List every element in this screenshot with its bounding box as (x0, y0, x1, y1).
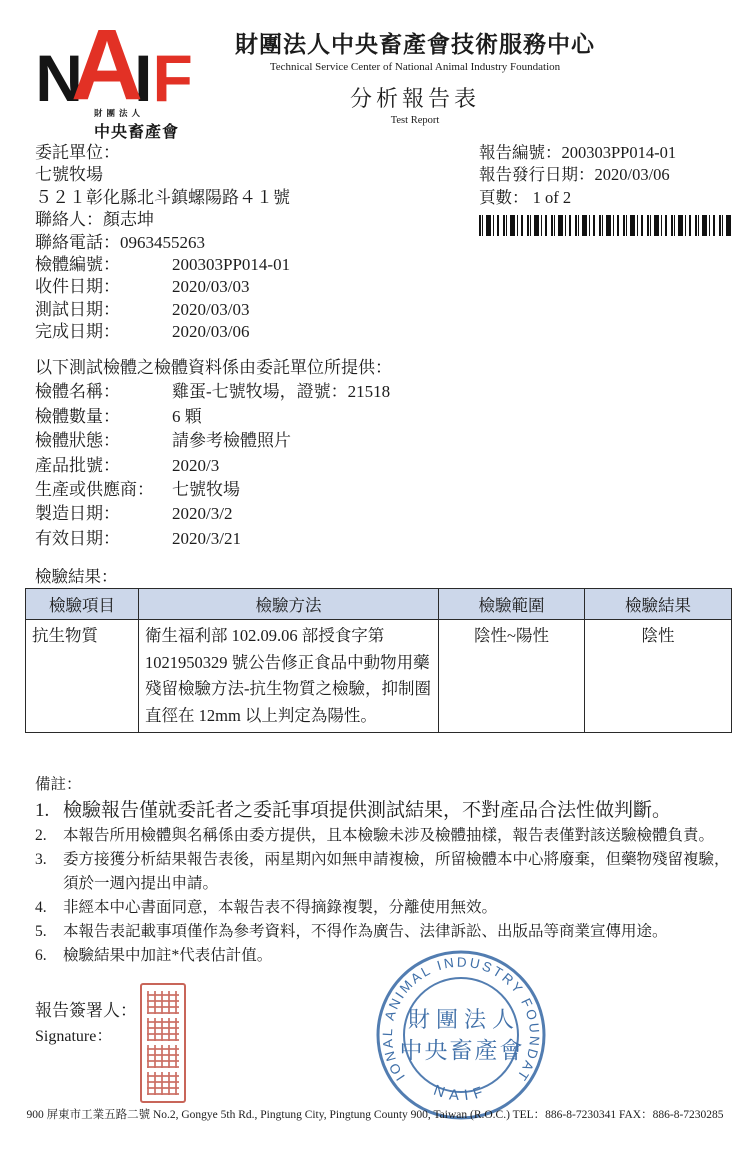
note-number: 3. (35, 848, 63, 896)
note-item-1: 1. 檢驗報告僅就委託者之委託事項提供測試結果，不對產品合法性做判斷。 (35, 797, 737, 824)
barcode (479, 215, 731, 236)
document-title-en: Test Report (165, 115, 665, 126)
note-number: 4. (35, 896, 63, 920)
sample-quantity-row: 檢體數量：6 顆 (35, 405, 392, 429)
signer-label-zh: 報告簽署人： (35, 998, 137, 1024)
header-titles: 財團法人中央畜產會技術服務中心 Technical Service Center… (165, 26, 665, 126)
field-value: 200303PP014-01 (172, 255, 290, 274)
expiry-date-row: 有效日期：2020/3/21 (35, 527, 392, 551)
field-label: 檢體數量： (35, 405, 172, 429)
note-number: 6. (35, 944, 63, 968)
completion-date-row: 完成日期：2020/03/06 (35, 321, 290, 343)
field-label: 檢體名稱： (35, 380, 172, 404)
field-label: 生產或供應商： (35, 478, 172, 502)
notes-block: 備註： 1. 檢驗報告僅就委託者之委託事項提供測試結果，不對產品合法性做判斷。 … (35, 772, 737, 968)
note-text: 委方接獲分析結果報告表後，兩星期內如無申請複檢，所留檢體本中心將廢棄，但藥物殘留… (63, 848, 737, 896)
field-value: 6 顆 (172, 407, 202, 426)
note-item-2: 2. 本報告所用檢體與名稱係由委方提供，且本檢驗未涉及檢體抽樣，報告表僅對該送驗… (35, 824, 737, 848)
signer-label-en: Signature： (35, 1024, 137, 1050)
note-text: 檢驗結果中加註*代表估計值。 (63, 944, 272, 968)
note-number: 2. (35, 824, 63, 848)
foundation-stamp: NATIONAL ANIMAL INDUSTRY FOUNDATION NAIF… (374, 948, 548, 1122)
field-value: 2020/3/2 (172, 504, 232, 523)
client-address: ５２１彰化縣北斗鎮螺陽路４１號 (35, 187, 290, 209)
field-label: 檢體編號： (35, 254, 172, 276)
note-number: 1. (35, 797, 63, 824)
results-header-row: 檢驗項目 檢驗方法 檢驗範圍 檢驗結果 (26, 589, 732, 620)
seal-glyph (147, 991, 179, 1014)
organization-name-zh: 財團法人中央畜產會技術服務中心 (165, 26, 665, 59)
field-value: 2020/03/03 (172, 277, 249, 296)
client-label: 委託單位： (35, 142, 290, 164)
document-title-zh: 分析報告表 (165, 82, 665, 113)
note-number: 5. (35, 920, 63, 944)
seal-glyph (147, 1072, 179, 1095)
client-info-block: 委託單位： 七號牧場 ５２１彰化縣北斗鎮螺陽路４１號 聯絡人：顏志坤 聯絡電話：… (35, 142, 290, 344)
note-item-3: 3. 委方接獲分析結果報告表後，兩星期內如無申請複檢，所留檢體本中心將廢棄，但藥… (35, 848, 737, 896)
note-item-4: 4. 非經本中心書面同意，本報告表不得摘錄複製，分離使用無效。 (35, 896, 737, 920)
stamp-center-line1: 財團法人 (408, 1007, 520, 1032)
col-test-range: 檢驗範圍 (439, 589, 585, 620)
field-value: 雞蛋-七號牧場，證號：21518 (172, 382, 390, 401)
field-value: 2020/03/06 (172, 322, 249, 341)
cell-test-method: 衛生福利部 102.09.06 部授食字第 1021950329 號公告修正食品… (139, 620, 439, 733)
sample-name-row: 檢體名稱：雞蛋-七號牧場，證號：21518 (35, 380, 392, 404)
cell-test-range: 陰性~陽性 (439, 620, 585, 733)
field-value: 2020/3 (172, 456, 219, 475)
field-label: 產品批號： (35, 454, 172, 478)
results-data-row: 抗生物質 衛生福利部 102.09.06 部授食字第 1021950329 號公… (26, 620, 732, 733)
stamp-center-line2: 中央畜產會 (400, 1038, 525, 1063)
sample-condition-row: 檢體狀態：請參考檢體照片 (35, 429, 392, 453)
received-date-row: 收件日期：2020/03/03 (35, 276, 290, 298)
producer-row: 生產或供應商：七號牧場 (35, 478, 392, 502)
field-label: 製造日期： (35, 502, 172, 526)
field-value: 2020/3/21 (172, 529, 241, 548)
field-label: 檢體狀態： (35, 429, 172, 453)
client-phone: 聯絡電話：0963455263 (35, 232, 290, 254)
results-heading: 檢驗結果： (35, 563, 118, 587)
note-text: 非經本中心書面同意，本報告表不得摘錄複製，分離使用無效。 (63, 896, 497, 920)
seal-glyph (147, 1045, 179, 1068)
col-test-result: 檢驗結果 (585, 589, 732, 620)
seal-glyph (147, 1018, 179, 1041)
cell-test-result: 陰性 (585, 620, 732, 733)
manufacture-date-row: 製造日期：2020/3/2 (35, 502, 392, 526)
report-issue-date: 報告發行日期：2020/03/06 (479, 164, 731, 186)
note-text: 本報告所用檢體與名稱係由委方提供，且本檢驗未涉及檢體抽樣，報告表僅對該送驗檢體負… (63, 824, 714, 848)
report-number: 報告編號：200303PP014-01 (479, 142, 731, 164)
signature-block: 報告簽署人： Signature： (35, 998, 137, 1050)
client-name: 七號牧場 (35, 164, 290, 186)
client-contact: 聯絡人：顏志坤 (35, 209, 290, 231)
test-date-row: 測試日期：2020/03/03 (35, 299, 290, 321)
sample-info-block: 以下測試檢體之檢體資料係由委託單位所提供： 檢體名稱：雞蛋-七號牧場，證號：21… (35, 356, 392, 551)
field-label: 完成日期： (35, 321, 172, 343)
test-report-page: N A I F 財團法人 中央畜產會 財團法人中央畜產會技術服務中心 Techn… (0, 0, 750, 1162)
report-meta-block: 報告編號：200303PP014-01 報告發行日期：2020/03/06 頁數… (479, 142, 731, 236)
product-lot-row: 產品批號：2020/3 (35, 454, 392, 478)
logo-letter-a: A (71, 26, 143, 104)
organization-name-en: Technical Service Center of National Ani… (165, 61, 665, 73)
field-label: 有效日期： (35, 527, 172, 551)
report-pages: 頁數： 1 of 2 (479, 187, 731, 209)
cell-test-item: 抗生物質 (26, 620, 139, 733)
notes-heading: 備註： (35, 772, 737, 794)
field-value: 請參考檢體照片 (172, 431, 291, 450)
field-value: 七號牧場 (172, 480, 240, 499)
sample-id-row: 檢體編號：200303PP014-01 (35, 254, 290, 276)
signature-seal (140, 983, 186, 1103)
stamp-inner-ring (404, 978, 518, 1092)
results-table: 檢驗項目 檢驗方法 檢驗範圍 檢驗結果 抗生物質 衛生福利部 102.09.06… (25, 588, 732, 733)
footer-address: 900 屏東市工業五路二號 No.2, Gongye 5th Rd., Ping… (0, 1106, 750, 1122)
sample-info-heading: 以下測試檢體之檢體資料係由委託單位所提供： (35, 356, 392, 380)
col-test-method: 檢驗方法 (139, 589, 439, 620)
note-item-5: 5. 本報告表記載事項僅作為參考資料，不得作為廣告、法律訴訟、出版品等商業宣傳用… (35, 920, 737, 944)
col-test-item: 檢驗項目 (26, 589, 139, 620)
stamp-naif-text: NAIF (431, 1082, 490, 1105)
note-text: 檢驗報告僅就委託者之委託事項提供測試結果，不對產品合法性做判斷。 (63, 797, 671, 824)
field-value: 2020/03/03 (172, 300, 249, 319)
note-text: 本報告表記載事項僅作為參考資料，不得作為廣告、法律訴訟、出版品等商業宣傳用途。 (63, 920, 668, 944)
field-label: 收件日期： (35, 276, 172, 298)
field-label: 測試日期： (35, 299, 172, 321)
